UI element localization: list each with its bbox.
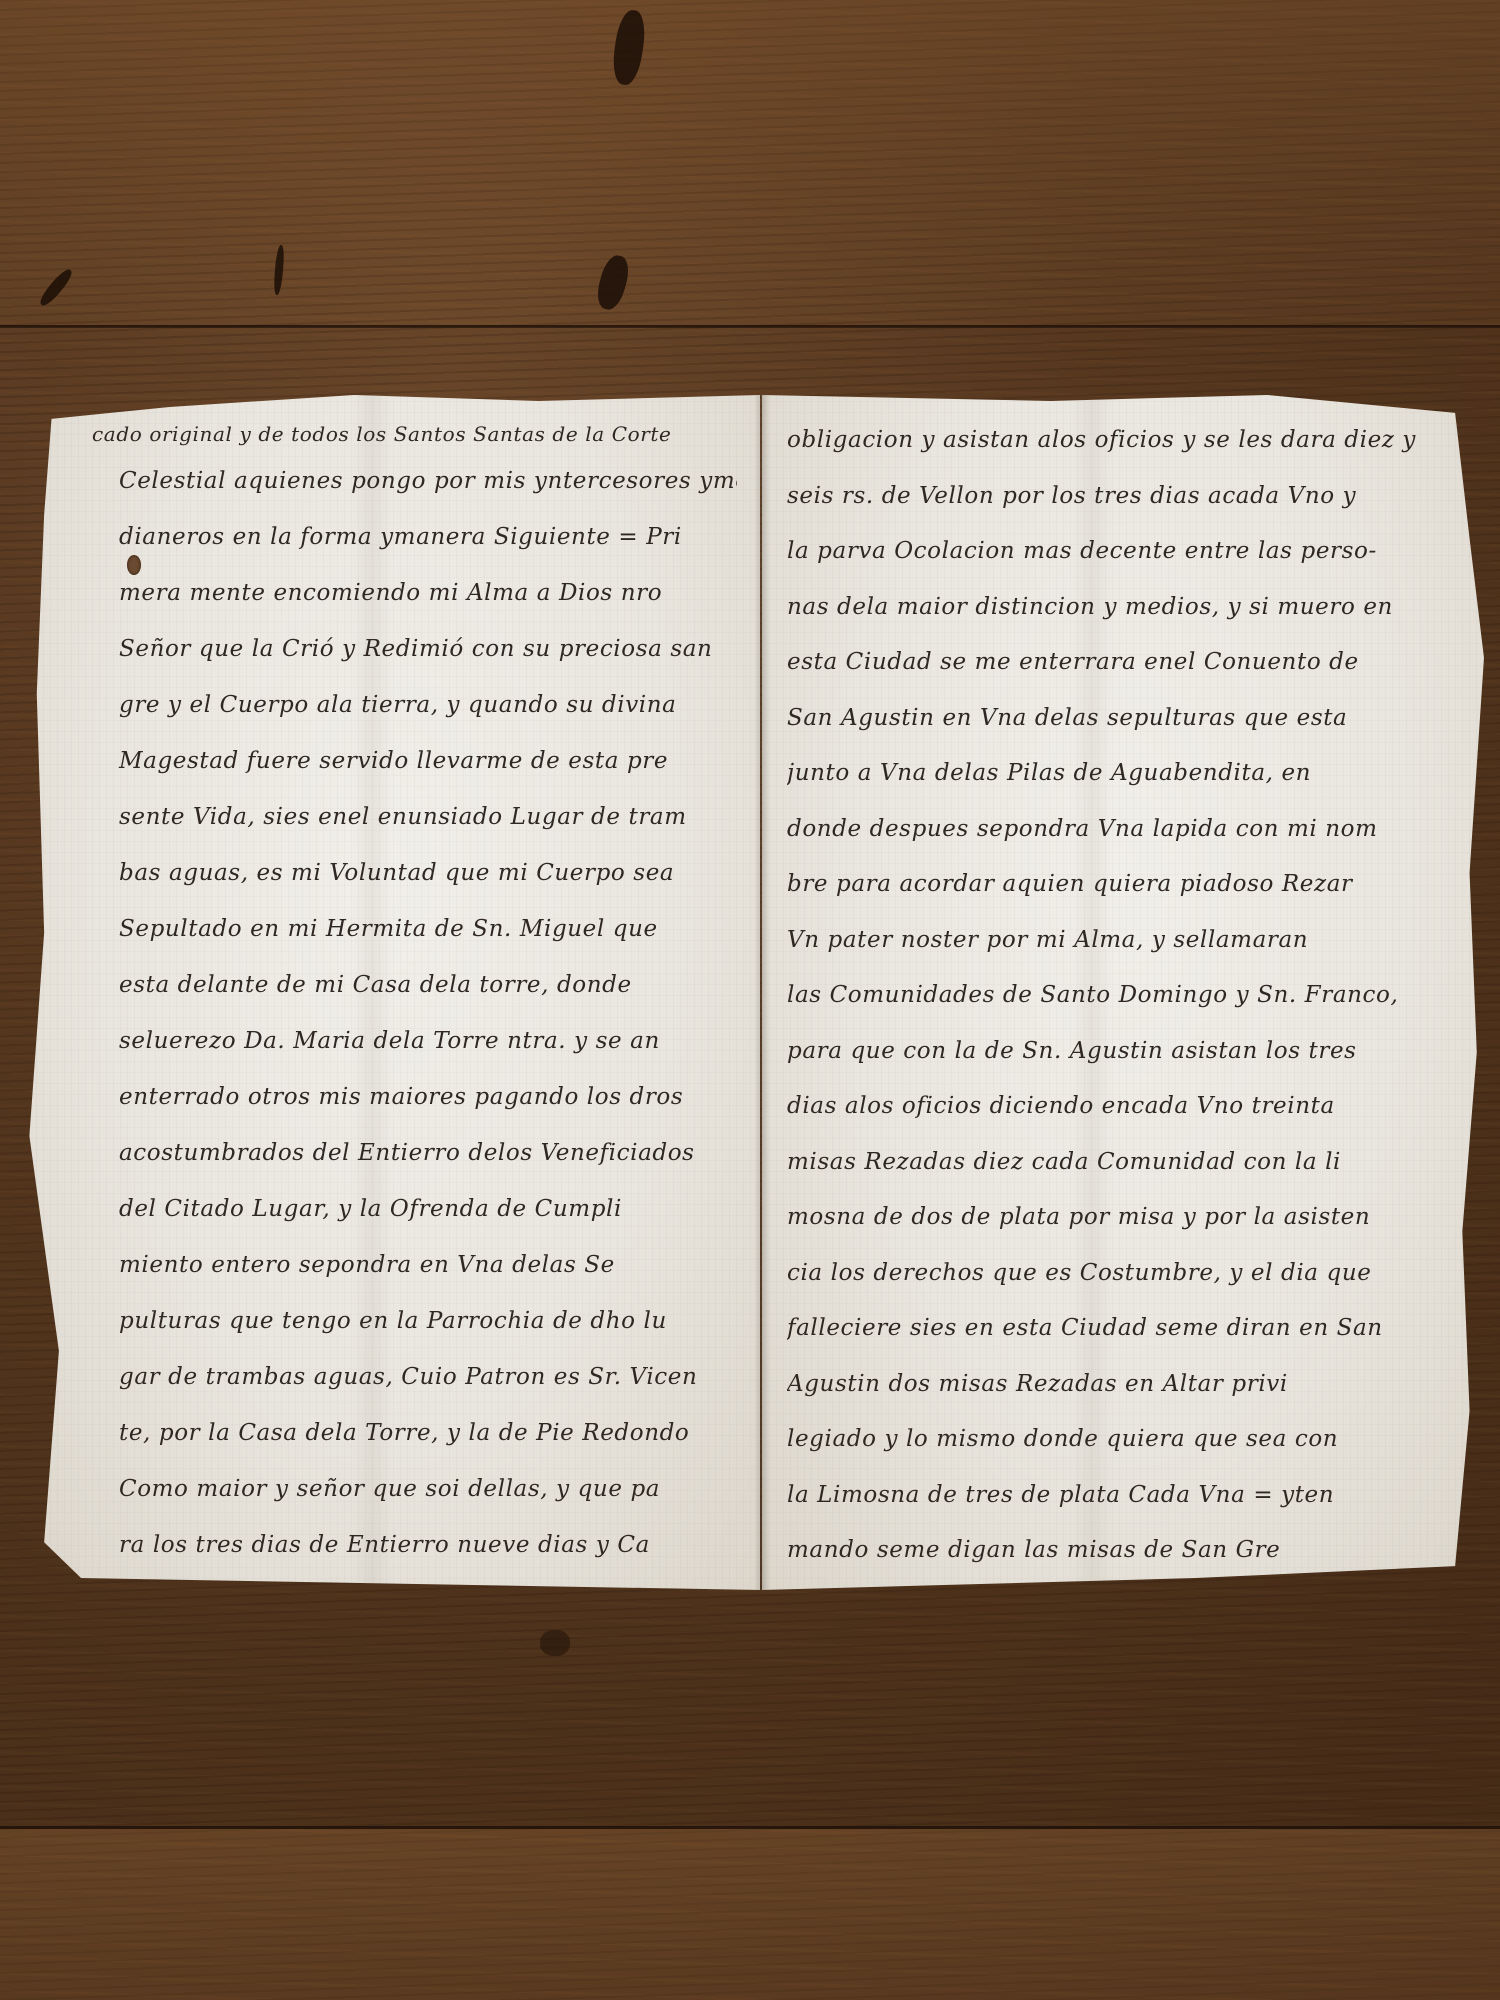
manuscript-line: ra los tres dias de Entierro nueve dias … (107, 1517, 737, 1573)
manuscript-line: bre para acordar aquien quiera piadoso R… (787, 857, 1452, 913)
right-page: obligacion y asistan alos oficios y se l… (762, 395, 1484, 1590)
manuscript-line: Agustin dos misas Rezadas en Altar privi (787, 1357, 1452, 1413)
manuscript-line: bas aguas, es mi Voluntad que mi Cuerpo … (107, 845, 737, 901)
manuscript-line: gre y el Cuerpo ala tierra, y quando su … (107, 677, 737, 733)
manuscript-line: Vn pater noster por mi Alma, y sellamara… (787, 913, 1452, 969)
manuscript-line: dias alos oficios diciendo encada Vno tr… (787, 1079, 1452, 1135)
manuscript-line: misas Rezadas diez cada Comunidad con la… (787, 1135, 1452, 1191)
manuscript-line: seis rs. de Vellon por los tres dias aca… (787, 469, 1452, 525)
manuscript-line: enterrado otros mis maiores pagando los … (107, 1069, 737, 1125)
manuscript-line: dianeros en la forma ymanera Siguiente =… (107, 509, 737, 565)
manuscript-line: legiado y lo mismo donde quiera que sea … (787, 1412, 1452, 1468)
manuscript-line: nas dela maior distincion y medios, y si… (787, 580, 1452, 636)
left-page: cado original y de todos los Santos Sant… (22, 395, 760, 1590)
manuscript-line: te, por la Casa dela Torre, y la de Pie … (107, 1405, 737, 1461)
wood-knot (540, 1630, 570, 1656)
manuscript-line: obligacion y asistan alos oficios y se l… (787, 413, 1452, 469)
manuscript-line: la parva Ocolacion mas decente entre las… (787, 524, 1452, 580)
manuscript-line: pulturas que tengo en la Parrochia de dh… (107, 1293, 737, 1349)
manuscript-line: junto a Vna delas Pilas de Aguabendita, … (787, 746, 1452, 802)
manuscript-line: falleciere sies en esta Ciudad seme dira… (787, 1301, 1452, 1357)
manuscript-line: seluerezo Da. Maria dela Torre ntra. y s… (107, 1013, 737, 1069)
manuscript-line: donde despues sepondra Vna lapida con mi… (787, 802, 1452, 858)
manuscript-line: Sepultado en mi Hermita de Sn. Miguel qu… (107, 901, 737, 957)
manuscript-line: del Citado Lugar, y la Ofrenda de Cumpli (107, 1181, 737, 1237)
left-page-text: cado original y de todos los Santos Sant… (107, 415, 737, 1685)
manuscript-line: para que con la de Sn. Agustin asistan l… (787, 1024, 1452, 1080)
manuscript-line: miento entero sepondra en Vna delas Se (107, 1237, 737, 1293)
manuscript: cado original y de todos los Santos Sant… (22, 395, 1484, 1590)
manuscript-line: Magestad fuere servido llevarme de esta … (107, 733, 737, 789)
manuscript-line: mera mente encomiendo mi Alma a Dios nro (107, 565, 737, 621)
manuscript-line: cia los derechos que es Costumbre, y el … (787, 1246, 1452, 1302)
manuscript-line: Señor que la Crió y Redimió con su preci… (107, 621, 737, 677)
manuscript-line: mosna de dos de plata por misa y por la … (787, 1190, 1452, 1246)
wood-plank-top (0, 0, 1500, 325)
manuscript-line: Como maior y señor que soi dellas, y que… (107, 1461, 737, 1517)
book-gutter (754, 395, 770, 1590)
manuscript-line: mando seme digan las misas de San Gre (787, 1523, 1452, 1579)
manuscript-line: Celestial aquienes pongo por mis ynterce… (107, 453, 737, 509)
manuscript-line: acostumbrados del Entierro delos Venefic… (107, 1125, 737, 1181)
wood-plank-bottom (0, 1829, 1500, 2000)
manuscript-line: esta Ciudad se me enterrara enel Conuent… (787, 635, 1452, 691)
manuscript-line: cado original y de todos los Santos Sant… (92, 415, 737, 453)
manuscript-line: sente Vida, sies enel enunsiado Lugar de… (107, 789, 737, 845)
manuscript-line: las Comunidades de Santo Domingo y Sn. F… (787, 968, 1452, 1024)
manuscript-line: San Agustin en Vna delas sepulturas que … (787, 691, 1452, 747)
manuscript-line: esta delante de mi Casa dela torre, dond… (107, 957, 737, 1013)
right-page-text: obligacion y asistan alos oficios y se l… (787, 413, 1452, 1634)
manuscript-line: la Limosna de tres de plata Cada Vna = y… (787, 1468, 1452, 1524)
manuscript-line: gar de trambas aguas, Cuio Patron es Sr.… (107, 1349, 737, 1405)
